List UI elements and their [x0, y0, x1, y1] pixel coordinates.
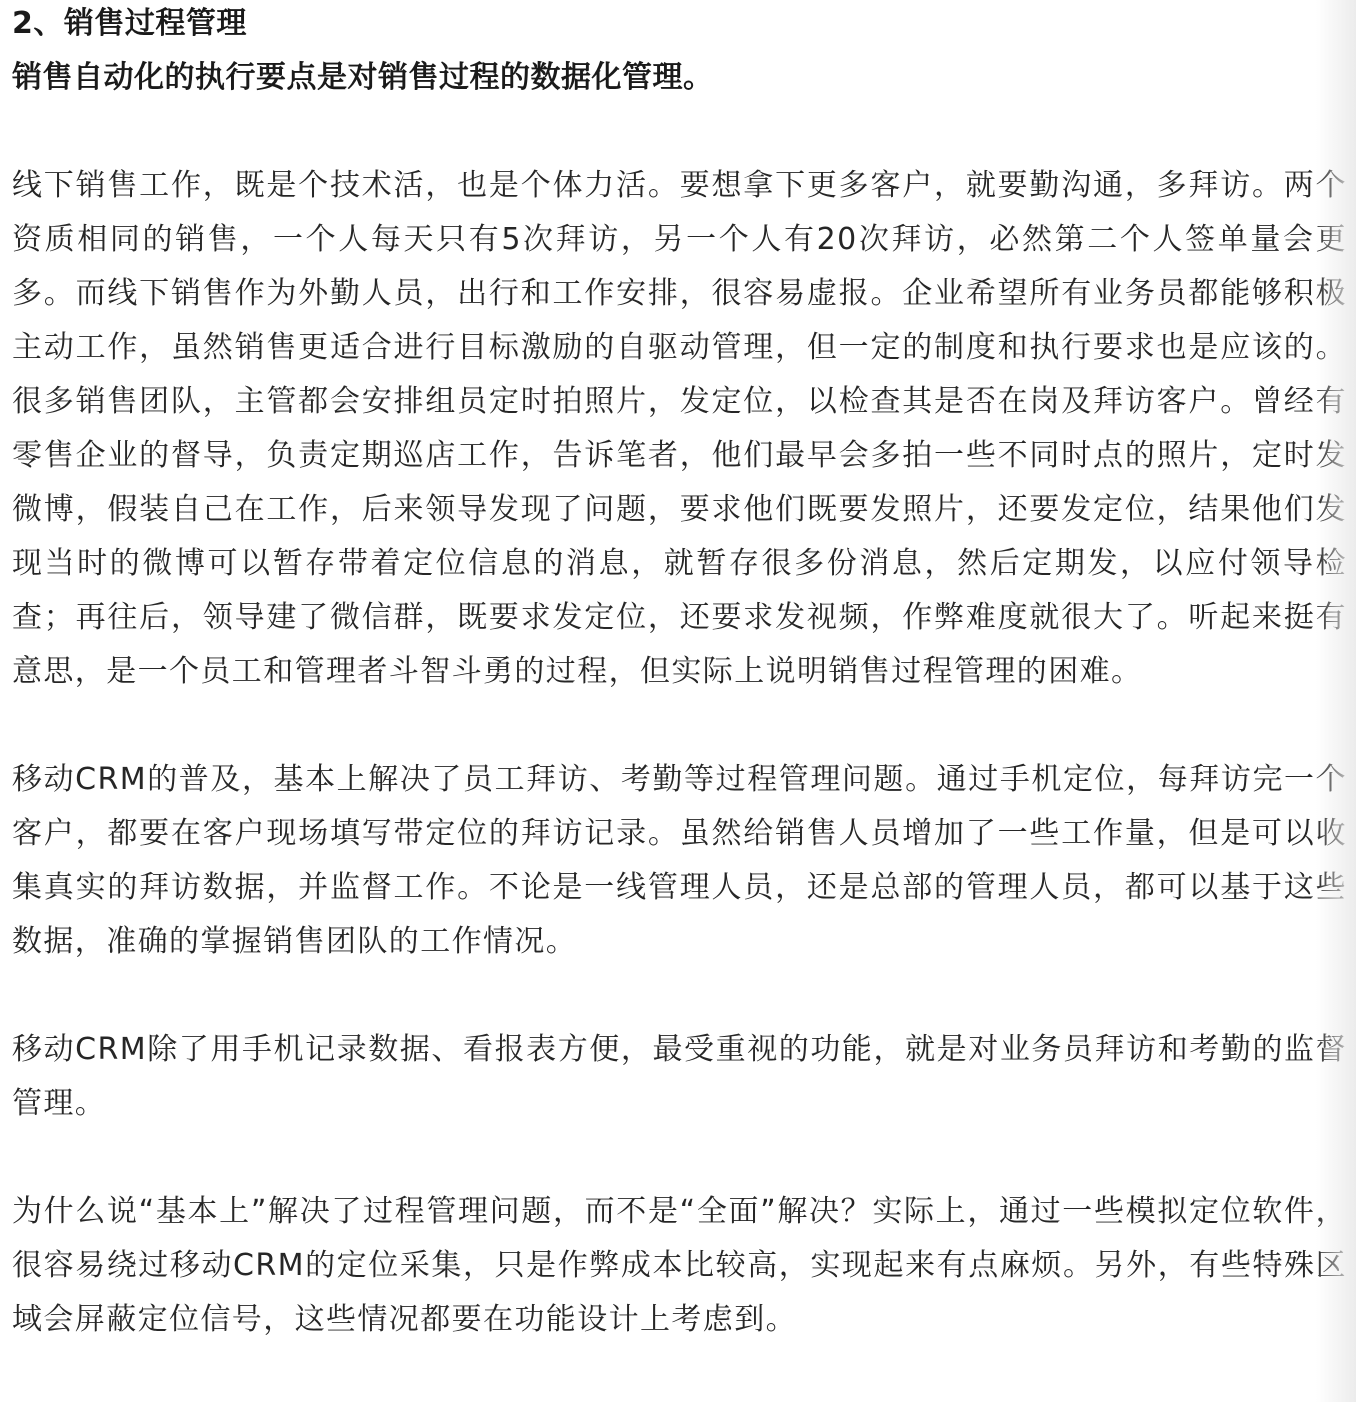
paragraph-spacer: [12, 1131, 1347, 1185]
lead-sentence: 销售自动化的执行要点是对销售过程的数据化管理。: [12, 51, 1347, 105]
article: 2、销售过程管理 销售自动化的执行要点是对销售过程的数据化管理。 线下销售工作，…: [12, 0, 1347, 1347]
section-title: 2、销售过程管理: [12, 0, 1347, 51]
paragraph-spacer: [12, 969, 1347, 1023]
paragraph-mobile-crm-adoption: 移动CRM的普及，基本上解决了员工拜访、考勤等过程管理问题。通过手机定位，每拜访…: [12, 753, 1347, 969]
paragraph-spacer: [12, 699, 1347, 753]
paragraph-offline-sales: 线下销售工作，既是个技术活，也是个体力活。要想拿下更多客户，就要勤沟通，多拜访。…: [12, 159, 1347, 699]
paragraph-location-spoofing: 为什么说“基本上”解决了过程管理问题，而不是“全面”解决？实际上，通过一些模拟定…: [12, 1185, 1347, 1347]
paragraph-spacer: [12, 105, 1347, 159]
paragraph-mobile-crm-features: 移动CRM除了用手机记录数据、看报表方便，最受重视的功能，就是对业务员拜访和考勤…: [12, 1023, 1347, 1131]
